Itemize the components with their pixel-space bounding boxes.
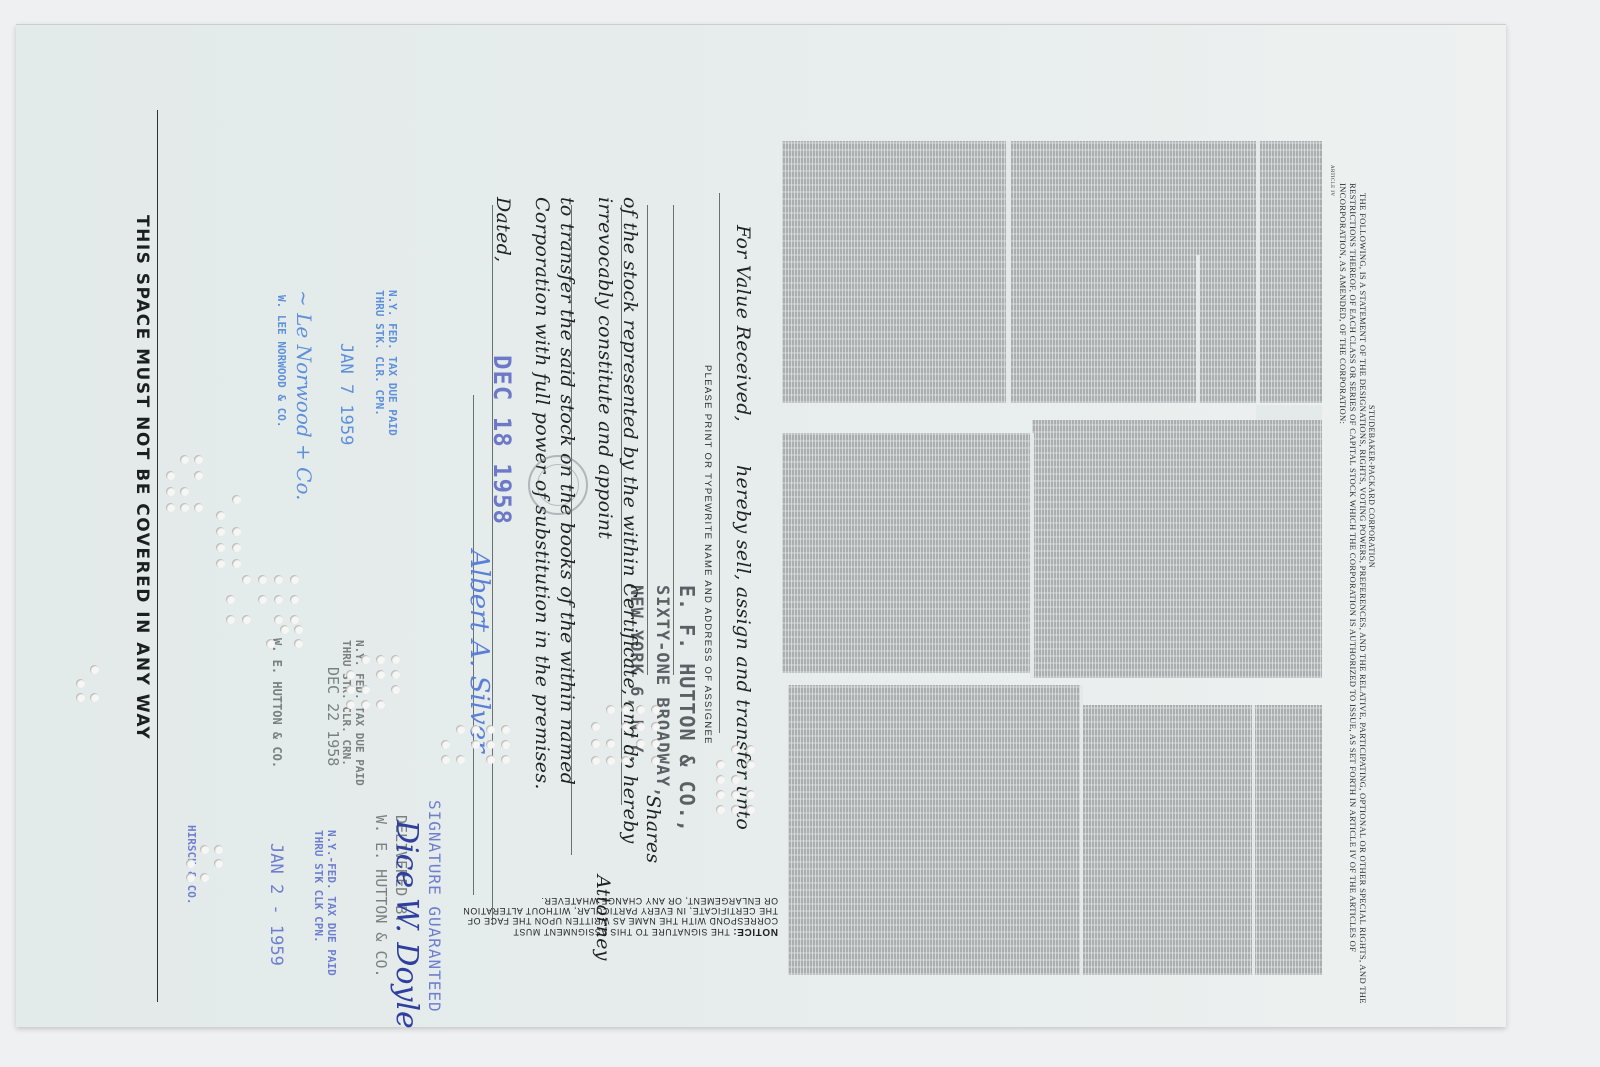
perforation-hole <box>294 639 303 648</box>
notice-line-3: THE CERTIFICATE, IN EVERY PARTICULAR, WI… <box>463 906 778 916</box>
perforation-hole <box>290 615 299 624</box>
perforation-hole <box>258 575 267 584</box>
perforation-hole <box>200 845 209 854</box>
dated-stamp: DEC 18 1958 <box>488 355 516 525</box>
article-label: ARTICLE IV <box>1329 165 1334 196</box>
perforation-hole <box>391 670 400 679</box>
stamp-line: THRU STK CLK CPN. <box>312 830 325 976</box>
perforation-hole <box>621 756 630 765</box>
perforation-hole <box>376 700 385 709</box>
perforation-hole <box>346 670 355 679</box>
perforation-hole <box>591 739 600 748</box>
stamp-lee-norwood-initials: ~ Le Norwood + Co. <box>292 290 316 501</box>
perforation-hole <box>180 455 189 464</box>
perforation-hole <box>226 615 235 624</box>
perforation-hole <box>361 655 370 664</box>
perforation-hole <box>242 575 251 584</box>
stamp-hirsch-date: JAN 2 - 1959 <box>266 843 286 966</box>
margin-rule <box>157 110 158 1002</box>
perforation-hole <box>716 790 725 799</box>
perforation-hole <box>636 705 645 714</box>
perforation-hole <box>746 790 755 799</box>
owner-signature: Albert A. Silver <box>464 550 494 753</box>
perforation-hole <box>501 725 510 734</box>
assignee-name: E. F. HUTTON & CO., <box>675 585 699 833</box>
perforation-hole <box>180 487 189 496</box>
perforation-hole <box>486 725 495 734</box>
perforation-hole <box>621 705 630 714</box>
perforation-hole <box>651 739 660 748</box>
perforation-hole <box>214 859 223 868</box>
perforation-hole <box>274 575 283 584</box>
perforation-hole <box>90 665 99 674</box>
perforation-hole <box>501 755 510 764</box>
perforation-hole <box>606 739 615 748</box>
perforation-hole <box>242 615 251 624</box>
perforation-hole <box>194 471 203 480</box>
margin-warning: THIS SPACE MUST NOT BE COVERED IN ANY WA… <box>132 215 152 740</box>
article-iv-text-block-3 <box>1032 420 1322 678</box>
notice-line-4: OR ENLARGEMENT, OR ANY CHANGE WHATEVER. <box>463 896 778 906</box>
header-line-3: INCORPORATION, AS AMENDED, OF THE CORPOR… <box>1338 183 1348 1004</box>
stamp-hutton-dec-date: DEC 22 1958 <box>324 667 342 766</box>
column-gutter <box>1080 685 1083 975</box>
assignee-line-1 <box>719 193 720 733</box>
perforation-hole <box>294 625 303 634</box>
shares-word: Shares <box>642 795 664 863</box>
perforation-hole <box>501 740 510 749</box>
perforation-hole <box>376 670 385 679</box>
perforation-hole <box>716 760 725 769</box>
perforation-hole <box>166 503 175 512</box>
stamp-line: THRU STK. CLR. CPN. <box>373 290 386 436</box>
assignee-line-2 <box>673 205 674 675</box>
perforation-hole <box>166 487 175 496</box>
perforation-hole <box>186 873 195 882</box>
perforation-hole <box>216 543 225 552</box>
stamp-lee-norwood: N.Y. FED. TAX DUE PAID THRU STK. CLR. CP… <box>373 290 399 436</box>
perforation-hole <box>200 873 209 882</box>
perforation-hole <box>731 775 740 784</box>
perforation-hole <box>166 471 175 480</box>
perforation-hole <box>486 740 495 749</box>
perforation-hole <box>651 705 660 714</box>
perforation-hole <box>76 679 85 688</box>
notice-label: NOTICE: <box>733 926 778 937</box>
perforation-hole <box>731 805 740 814</box>
perforation-hole <box>731 790 740 799</box>
delivered-by-line: W. E. HUTTON & CO. <box>371 815 391 978</box>
guarantor-signature: Dice W. Doyle <box>389 820 424 1029</box>
perforation-hole <box>274 615 283 624</box>
perforation-hole <box>486 755 495 764</box>
perforation-hole <box>606 705 615 714</box>
perforation-hole <box>716 775 725 784</box>
stamp-hutton-dec-firm: W. E. HUTTON & CO. <box>270 638 284 768</box>
perforation-hole <box>471 740 480 749</box>
column-gutter <box>1030 433 1034 678</box>
article-iv-text-block-2 <box>782 433 1030 673</box>
perforation-hole <box>266 639 275 648</box>
perforation-hole <box>232 543 241 552</box>
perforation-hole <box>591 722 600 731</box>
perforation-hole <box>180 503 189 512</box>
perforation-hole <box>186 859 195 868</box>
perforation-hole <box>651 722 660 731</box>
header-line-1: THE FOLLOWING, IS A STATEMENT OF THE DES… <box>1358 183 1368 1004</box>
perforation-hole <box>591 756 600 765</box>
notice-block: NOTICE: THE SIGNATURE TO THIS ASSIGNMENT… <box>463 896 778 937</box>
notice-line-1: THE SIGNATURE TO THIS ASSIGNMENT MUST <box>513 927 730 937</box>
perforation-hole <box>258 595 267 604</box>
column-gutter <box>1006 141 1011 403</box>
column-gutter <box>1256 405 1322 420</box>
perforation-hole <box>471 725 480 734</box>
perforation-hole <box>216 511 225 520</box>
perforation-hole <box>746 760 755 769</box>
perforation-hole <box>716 805 725 814</box>
perforation-hole <box>651 756 660 765</box>
header-statement: THE FOLLOWING, IS A STATEMENT OF THE DES… <box>1338 183 1368 1004</box>
perforation-hole <box>636 739 645 748</box>
header-line-2: RESTRICTIONS THEREOF, OF EACH CLASS OR S… <box>1348 183 1358 1004</box>
perforation-hole <box>391 655 400 664</box>
perforation-hole <box>232 495 241 504</box>
for-value-received: For Value Received, <box>732 225 754 422</box>
irrevocably-text: irrevocably constitute and appoint <box>594 197 616 539</box>
stamp-line: N.Y. FED. TAX DUE PAID <box>386 290 399 436</box>
perforation-hole <box>346 700 355 709</box>
stamp-line: N.Y.-FED. TAX DUE PAID <box>325 830 338 976</box>
perforation-hole <box>391 685 400 694</box>
dated-label: Dated, <box>492 197 514 262</box>
perforation-hole <box>226 595 235 604</box>
perforation-hole <box>290 575 299 584</box>
corporation-title: STUDEBAKER-PACKARD CORPORATION <box>1367 405 1376 568</box>
column-gutter <box>1196 255 1200 403</box>
perforation-hole <box>441 740 450 749</box>
article-iv-text-block-5 <box>1082 705 1322 975</box>
perforation-hole <box>274 595 283 604</box>
column-gutter <box>1256 141 1260 403</box>
print-instruction: PLEASE PRINT OR TYPEWRITE NAME AND ADDRE… <box>702 365 713 745</box>
transfer-agent-seal <box>528 455 588 515</box>
perforation-hole <box>636 722 645 731</box>
perforation-hole <box>746 745 755 754</box>
article-iv-text-block-4 <box>788 685 1080 975</box>
perforation-hole <box>346 685 355 694</box>
perforation-hole <box>456 755 465 764</box>
perforation-hole <box>216 559 225 568</box>
perforation-hole <box>214 845 223 854</box>
perforation-hole <box>290 595 299 604</box>
perforation-hole <box>376 655 385 664</box>
perforation-hole <box>232 527 241 536</box>
perforation-hole <box>280 625 289 634</box>
perforation-hole <box>456 725 465 734</box>
perforation-hole <box>361 685 370 694</box>
perforation-hole <box>194 503 203 512</box>
stamp-hirsch: N.Y.-FED. TAX DUE PAID THRU STK CLK CPN. <box>312 830 338 976</box>
assignee-line-3 <box>647 205 648 675</box>
perforation-hole <box>90 693 99 702</box>
perforation-hole <box>76 693 85 702</box>
perforation-hole <box>232 559 241 568</box>
certificate-paper: THIS SPACE MUST NOT BE COVERED IN ANY WA… <box>16 24 1506 1027</box>
stamp-lee-norwood-firm: W. LEE NORWOOD & CO. <box>275 295 288 427</box>
notice-line-2: CORRESPOND WITH THE NAME AS WRITTEN UPON… <box>463 916 778 926</box>
perforation-hole <box>194 455 203 464</box>
perforation-hole <box>361 700 370 709</box>
perforation-hole <box>746 805 755 814</box>
assignee-street: SIXTY-ONE BROADWAY, <box>652 585 672 798</box>
stamp-lee-norwood-date: JAN 7 1959 <box>336 343 356 445</box>
perforation-hole <box>441 755 450 764</box>
perforation-hole <box>216 527 225 536</box>
column-gutter <box>1252 705 1255 975</box>
perforation-hole <box>731 745 740 754</box>
article-iv-text-block-1 <box>782 141 1322 403</box>
signature-guaranteed-stamp: SIGNATURE GUARANTEED <box>425 800 444 1013</box>
perforation-hole <box>621 722 630 731</box>
perforation-hole <box>606 756 615 765</box>
